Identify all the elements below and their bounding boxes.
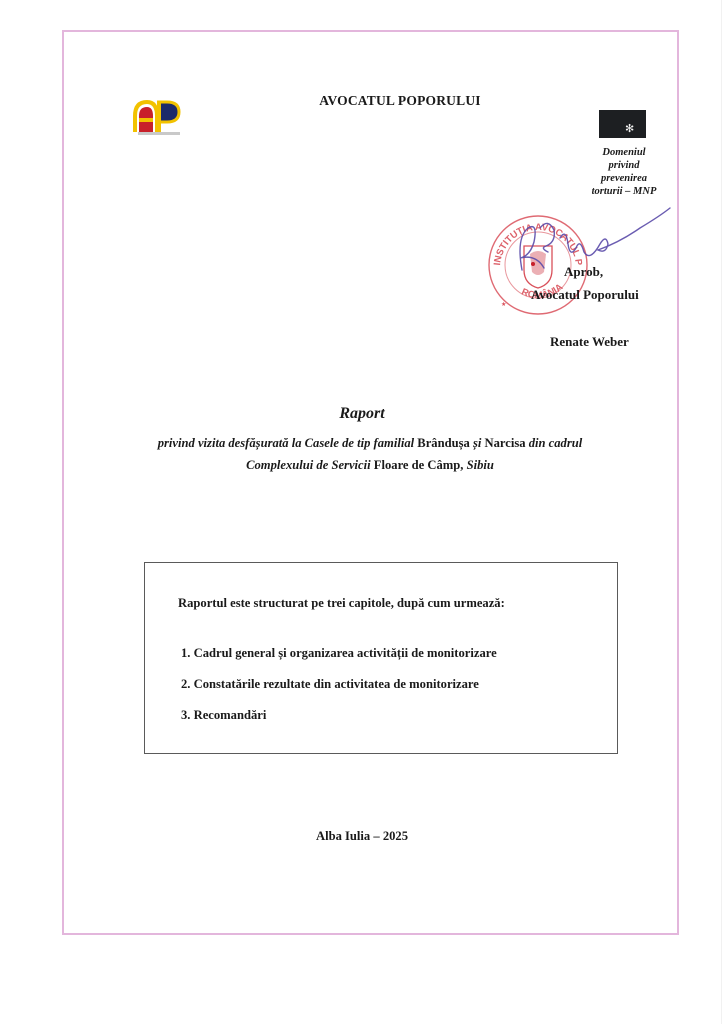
mnp-logo-icon: ✻ <box>599 110 646 138</box>
structure-intro: Raportul este structurat pe trei capitol… <box>178 596 505 611</box>
approver-name: Renate Weber <box>550 334 629 350</box>
chapter-item: 3. Recomandări <box>181 708 266 723</box>
report-title: Raport <box>0 405 724 423</box>
subtitle-text: Sibiu <box>467 458 494 472</box>
subtitle-text: Narcisa <box>485 436 529 450</box>
scan-edge <box>721 0 722 1024</box>
chapter-item: 1. Cadrul general și organizarea activit… <box>181 646 497 661</box>
place-date: Alba Iulia – 2025 <box>0 829 724 844</box>
department-line: torturii – MNP <box>574 185 674 198</box>
report-subtitle-line-1: privind vizita desfășurată la Casele de … <box>100 432 640 454</box>
organization-title: AVOCATUL POPORULUI <box>300 93 500 109</box>
department-line: privind <box>574 159 674 172</box>
subtitle-text: Floare de Câmp, <box>374 458 467 472</box>
subtitle-text: Complexului de Servicii <box>246 458 374 472</box>
flower-icon: ✻ <box>625 124 634 135</box>
ap-logo-caption <box>138 132 180 135</box>
chapter-item: 2. Constatările rezultate din activitate… <box>181 677 479 692</box>
svg-text:★: ★ <box>501 301 506 308</box>
subtitle-text: privind vizita desfășurată la Casele de … <box>158 436 418 450</box>
report-subtitle-line-2: Complexului de Servicii Floare de Câmp, … <box>100 454 640 476</box>
approval-label: Aprob, <box>564 264 603 280</box>
department-line: prevenirea <box>574 172 674 185</box>
subtitle-text: din cadrul <box>529 436 583 450</box>
subtitle-text: Brândușa <box>417 436 473 450</box>
approver-role: Avocatul Poporului <box>531 287 639 303</box>
report-structure-box: Raportul este structurat pe trei capitol… <box>144 562 618 754</box>
department-line: Domeniul <box>574 146 674 159</box>
department-caption: Domeniul privind prevenirea torturii – M… <box>574 146 674 198</box>
subtitle-text: și <box>473 436 485 450</box>
